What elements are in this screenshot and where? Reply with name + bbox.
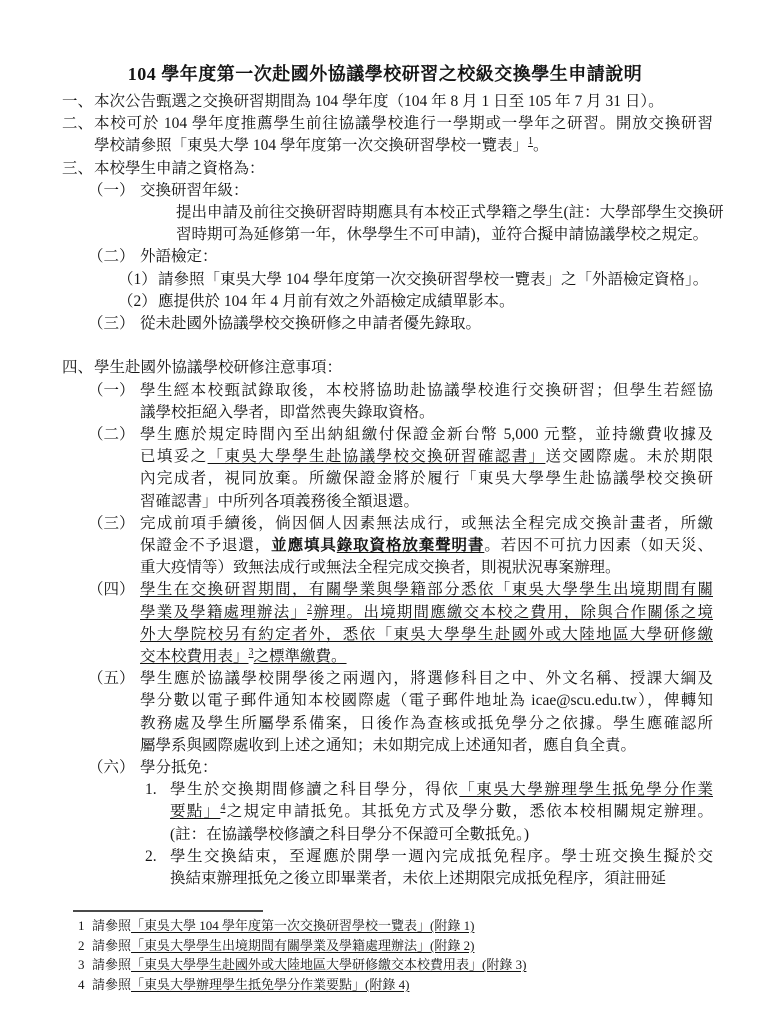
text-run: 之標準繳費。 xyxy=(254,648,347,665)
list-label: 四、 xyxy=(62,357,93,379)
document-body: 一、本次公告甄選之交換研習期間為 104 學年度（104 年 8 月 1 日至 … xyxy=(0,91,770,890)
text-run: 請參照 xyxy=(92,938,131,953)
list-label: （五） xyxy=(88,668,135,690)
paragraph: （二）外語檢定： xyxy=(0,246,770,268)
text-line: 學分數以電子郵件通知本校國際處（電子郵件地址為 icae@scu.edu.tw）… xyxy=(140,690,713,712)
text-line: 本校可於 104 學年度推薦學生前往協議學校進行一學期或一學年之研習。開放交換研… xyxy=(94,113,713,135)
list-label: （六） xyxy=(88,757,135,779)
text-run: 從未赴國外協議學校交換研修之申請者優先錄取。 xyxy=(140,315,481,332)
paragraph: 1.學生於交換期間修讀之科目學分，得依「東吳大學辦理學生抵免學分作業要點」4之規… xyxy=(0,779,770,846)
text-line: 學生應於規定時間內至出納組繳付保證金新台幣 5,000 元整，並持繳費收據及 xyxy=(140,424,713,446)
list-label: 2. xyxy=(145,846,157,868)
text-run: 學生應於規定時間內至出納組繳付保證金新台幣 5,000 元整，並持繳費收據及 xyxy=(140,426,713,443)
list-label: 1. xyxy=(145,779,157,801)
footnote: 3請參照「東吳大學學生赴國外或大陸地區大學研修繳交本校費用表」(附錄 3) xyxy=(0,955,770,975)
list-label: （二） xyxy=(88,246,135,268)
text-run: 學生經本校甄試錄取後，本校將協助赴協議學校進行交換研習；但學生若經協 xyxy=(140,382,713,399)
footnote-number: 1 xyxy=(78,916,85,936)
text-line: 請參照「東吳大學 104 學年度第一次交換研習學校一覽表」之「外語檢定資格」。 xyxy=(158,269,713,291)
text-run: 學生應於協議學校開學後之兩週內，將選修科目之中、外文名稱、授課大綱及 xyxy=(140,670,713,687)
text-run: 外大學院校另有約定者外，悉依「東吳大學學生赴國外或大陸地區大學研修繳 xyxy=(140,626,713,643)
text-line: 學校請參照「東吳大學 104 學年度第一次交換研習學校一覽表」1。 xyxy=(94,135,713,157)
paragraph: （三）完成前項手續後，倘因個人因素無法成行，或無法全程完成交換計畫者，所繳保證金… xyxy=(0,513,770,580)
page-title: 104 學年度第一次赴國外協議學校研習之校級交換學生申請說明 xyxy=(0,60,770,86)
list-label: （三） xyxy=(88,313,135,335)
footnote: 2請參照「東吳大學學生出境期間有關學業及學籍處理辦法」(附錄 2) xyxy=(0,936,770,956)
text-run: 重大疫情等）致無法成行或無法全程完成交換者，則視狀況專案辦理。 xyxy=(140,559,621,576)
list-label: 一、 xyxy=(62,91,93,113)
text-run: 「東吳大學 104 學年度第一次交換研習學校一覽表」(附錄 1) xyxy=(131,918,474,933)
text-run: 要點」 xyxy=(170,803,220,820)
list-label: （二） xyxy=(88,424,135,446)
footnote-separator xyxy=(73,910,263,912)
paragraph: 一、本次公告甄選之交換研習期間為 104 學年度（104 年 8 月 1 日至 … xyxy=(0,91,770,113)
text-run: 「東吳大學學生赴協議學校交換研習確認書」 xyxy=(208,448,546,465)
text-line: 屬學系與國際處收到上述之通知；未如期完成上述通知者，應自負全責。 xyxy=(140,735,713,757)
footnote-number: 2 xyxy=(78,936,85,956)
paragraph: （二）學生應於規定時間內至出納組繳付保證金新台幣 5,000 元整，並持繳費收據… xyxy=(0,424,770,513)
text-run: 「東吳大學學生赴國外或大陸地區大學研修繳交本校費用表」(附錄 3) xyxy=(131,957,526,972)
paragraph: 四、學生赴國外協議學校研修注意事項： xyxy=(0,357,770,379)
paragraph: （2）應提供於 104 年 4 月前有效之外語檢定成績單影本。 xyxy=(0,291,770,313)
text-run: 交換研習年級： xyxy=(140,182,249,199)
text-line: 習確認書」中所列各項義務後全額退還。 xyxy=(140,491,713,513)
text-run: 「東吳大學學生出境期間有關學業及學籍處理辦法」(附錄 2) xyxy=(131,938,474,953)
list-label: 二、 xyxy=(62,113,93,135)
text-run: 應提供於 104 年 4 月前有效之外語檢定成績單影本。 xyxy=(158,293,515,310)
list-label: 三、 xyxy=(62,158,93,180)
text-run: 辦理。出境期間應繳交本校之費用，除與合作關係之境 xyxy=(312,604,713,621)
paragraph: （六）學分抵免： xyxy=(0,757,770,779)
text-line: 完成前項手續後，倘因個人因素無法成行，或無法全程完成交換計畫者，所繳 xyxy=(140,513,713,535)
text-line: 已填妥之「東吳大學學生赴協議學校交換研習確認書」送交國際處。未於期限 xyxy=(140,446,713,468)
text-run: 內完成者，視同放棄。所繳保證金將於履行「東吳大學學生赴協議學校交換研 xyxy=(140,470,713,487)
text-line: 本校學生申請之資格為： xyxy=(94,158,713,180)
text-run: 保證金不予退還， xyxy=(140,537,271,554)
paragraph: 三、本校學生申請之資格為： xyxy=(0,158,770,180)
text-run: 送交國際處。未於期限 xyxy=(545,448,713,465)
list-label: （三） xyxy=(88,513,135,535)
text-run: 。若因不可抗力因素（如天災、 xyxy=(484,537,713,554)
text-run: 學分抵免： xyxy=(140,759,218,776)
text-run: 請參照 xyxy=(92,957,131,972)
text-run: 提出申請及前往交換研習時期應具有本校正式學籍之學生(註：大學部學生交換研 xyxy=(176,204,724,221)
text-run: 學校請參照「東吳大學 104 學年度第一次交換研習學校一覽表」 xyxy=(94,137,528,154)
paragraph: （一）交換研習年級： xyxy=(0,180,770,202)
paragraph: （三）從未赴國外協議學校交換研修之申請者優先錄取。 xyxy=(0,313,770,335)
text-run: 「東吳大學辦理學生抵免學分作業要點」(附錄 4) xyxy=(131,977,409,992)
text-run: 學生交換結束，至遲應於開學一週內完成抵免程序。學士班交換生擬於交 xyxy=(170,848,713,865)
text-line: 交換研習年級： xyxy=(140,180,713,202)
text-run: 已填妥之 xyxy=(140,448,208,465)
text-line: 換結束辦理抵免之後立即畢業者，未依上述期限完成抵免程序，須註冊延 xyxy=(170,868,713,890)
text-run: 完成前項手續後，倘因個人因素無法成行，或無法全程完成交換計畫者，所繳 xyxy=(140,515,713,532)
text-run: 議學校拒絕入學者，即當然喪失錄取資格。 xyxy=(140,404,435,421)
text-run: 習時期可為延修第一年，休學學生不可申請)，並符合擬申請協議學校之規定。 xyxy=(176,226,708,243)
text-line: 重大疫情等）致無法成行或無法全程完成交換者，則視狀況專案辦理。 xyxy=(140,557,713,579)
text-run: 習確認書」中所列各項義務後全額退還。 xyxy=(140,493,419,510)
text-run: 「東吳大學辦理學生抵免學分作業 xyxy=(459,781,713,798)
text-line: 學生赴國外協議學校研修注意事項： xyxy=(94,357,713,379)
text-line: 外語檢定： xyxy=(140,246,713,268)
paragraph: 二、本校可於 104 學年度推薦學生前往協議學校進行一學期或一學年之研習。開放交… xyxy=(0,113,770,157)
footnote: 1請參照「東吳大學 104 學年度第一次交換研習學校一覽表」(附錄 1) xyxy=(0,916,770,936)
text-line: 學生經本校甄試錄取後，本校將協助赴協議學校進行交換研習；但學生若經協 xyxy=(140,380,713,402)
text-run: (註：在協議學校修讀之科目學分不保證可全數抵免。) xyxy=(170,826,529,843)
text-run: 交本校費用表」 xyxy=(140,648,249,665)
text-run: 之規定申請抵免。其抵免方式及學分數，悉依本校相關規定辦理。 xyxy=(225,803,713,820)
text-line: 學生應於協議學校開學後之兩週內，將選修科目之中、外文名稱、授課大綱及 xyxy=(140,668,713,690)
text-line: 議學校拒絕入學者，即當然喪失錄取資格。 xyxy=(140,402,713,424)
document-page: 104 學年度第一次赴國外協議學校研習之校級交換學生申請說明 一、本次公告甄選之… xyxy=(0,0,770,1024)
text-run: 教務處及學生所屬學系備案，日後作為查核或抵免學分之依據。學生應確認所 xyxy=(140,715,713,732)
footnote-number: 4 xyxy=(78,975,85,995)
paragraph: 2.學生交換結束，至遲應於開學一週內完成抵免程序。學士班交換生擬於交換結束辦理抵… xyxy=(0,846,770,890)
footnote: 4請參照「東吳大學辦理學生抵免學分作業要點」(附錄 4) xyxy=(0,975,770,995)
list-label: （一） xyxy=(88,380,135,402)
text-line: 習時期可為延修第一年，休學學生不可申請)，並符合擬申請協議學校之規定。 xyxy=(176,224,713,246)
text-run: 學業及學籍處理辦法」 xyxy=(140,604,307,621)
text-line: 教務處及學生所屬學系備案，日後作為查核或抵免學分之依據。學生應確認所 xyxy=(140,713,713,735)
text-run: 請參照 xyxy=(92,918,131,933)
paragraph: （五）學生應於協議學校開學後之兩週內，將選修科目之中、外文名稱、授課大綱及學分數… xyxy=(0,668,770,757)
paragraph: （1）請參照「東吳大學 104 學年度第一次交換研習學校一覽表」之「外語檢定資格… xyxy=(0,269,770,291)
text-line: 學生交換結束，至遲應於開學一週內完成抵免程序。學士班交換生擬於交 xyxy=(170,846,713,868)
text-line: 應提供於 104 年 4 月前有效之外語檢定成績單影本。 xyxy=(158,291,713,313)
list-label: （1） xyxy=(118,269,157,291)
text-line: 學業及學籍處理辦法」2辦理。出境期間應繳交本校之費用，除與合作關係之境 xyxy=(140,602,713,624)
text-run: 。 xyxy=(533,137,549,154)
paragraph: （四）學生在交換研習期間，有關學業與學籍部分悉依「東吳大學學生出境期間有關學業及… xyxy=(0,579,770,668)
text-run: 請參照 xyxy=(92,977,131,992)
text-run: 學生在交換研習期間，有關學業與學籍部分悉依「東吳大學學生出境期間有關 xyxy=(140,581,713,598)
text-run: 學生赴國外協議學校研修注意事項： xyxy=(94,359,342,376)
paragraph: 提出申請及前往交換研習時期應具有本校正式學籍之學生(註：大學部學生交換研習時期可… xyxy=(0,202,770,246)
text-line: 本次公告甄選之交換研習期間為 104 學年度（104 年 8 月 1 日至 10… xyxy=(94,91,713,113)
list-label: （四） xyxy=(88,579,135,601)
text-line: 保證金不予退還，並應填具錄取資格放棄聲明書。若因不可抗力因素（如天災、 xyxy=(140,535,713,557)
text-line: 交本校費用表」3之標準繳費。 xyxy=(140,646,713,668)
list-label: （2） xyxy=(118,291,157,313)
text-run: 學生於交換期間修讀之科目學分，得依 xyxy=(170,781,459,798)
text-run: 屬學系與國際處收到上述之通知；未如期完成上述通知者，應自負全責。 xyxy=(140,737,636,754)
paragraph: （一）學生經本校甄試錄取後，本校將協助赴協議學校進行交換研習；但學生若經協議學校… xyxy=(0,380,770,424)
text-run: 錄取資格放棄聲明書 xyxy=(337,537,485,554)
text-run: 本校學生申請之資格為： xyxy=(94,160,265,177)
text-line: 要點」4之規定申請抵免。其抵免方式及學分數，悉依本校相關規定辦理。 xyxy=(170,801,713,823)
text-line: 學生於交換期間修讀之科目學分，得依「東吳大學辦理學生抵免學分作業 xyxy=(170,779,713,801)
text-run: 本校可於 104 學年度推薦學生前往協議學校進行一學期或一學年之研習。開放交換研… xyxy=(94,115,713,132)
text-line: 從未赴國外協議學校交換研修之申請者優先錄取。 xyxy=(140,313,713,335)
text-line: (註：在協議學校修讀之科目學分不保證可全數抵免。) xyxy=(170,824,713,846)
footnote-list: 1請參照「東吳大學 104 學年度第一次交換研習學校一覽表」(附錄 1)2請參照… xyxy=(0,916,770,994)
text-line: 學生在交換研習期間，有關學業與學籍部分悉依「東吳大學學生出境期間有關 xyxy=(140,579,713,601)
text-line: 外大學院校另有約定者外，悉依「東吳大學學生赴國外或大陸地區大學研修繳 xyxy=(140,624,713,646)
text-run: 學分數以電子郵件通知本校國際處（電子郵件地址為 icae@scu.edu.tw）… xyxy=(140,692,713,709)
text-run: 換結束辦理抵免之後立即畢業者，未依上述期限完成抵免程序，須註冊延 xyxy=(170,870,666,887)
text-line: 學分抵免： xyxy=(140,757,713,779)
text-run: 本次公告甄選之交換研習期間為 104 學年度（104 年 8 月 1 日至 10… xyxy=(94,93,664,110)
text-run: 並應填具 xyxy=(271,537,337,554)
footnote-number: 3 xyxy=(78,955,85,975)
text-line: 提出申請及前往交換研習時期應具有本校正式學籍之學生(註：大學部學生交換研 xyxy=(176,202,713,224)
list-label: （一） xyxy=(88,180,135,202)
text-line: 內完成者，視同放棄。所繳保證金將於履行「東吳大學學生赴協議學校交換研 xyxy=(140,468,713,490)
text-run: 請參照「東吳大學 104 學年度第一次交換研習學校一覽表」之「外語檢定資格」。 xyxy=(158,271,708,288)
text-run: 外語檢定： xyxy=(140,248,218,265)
